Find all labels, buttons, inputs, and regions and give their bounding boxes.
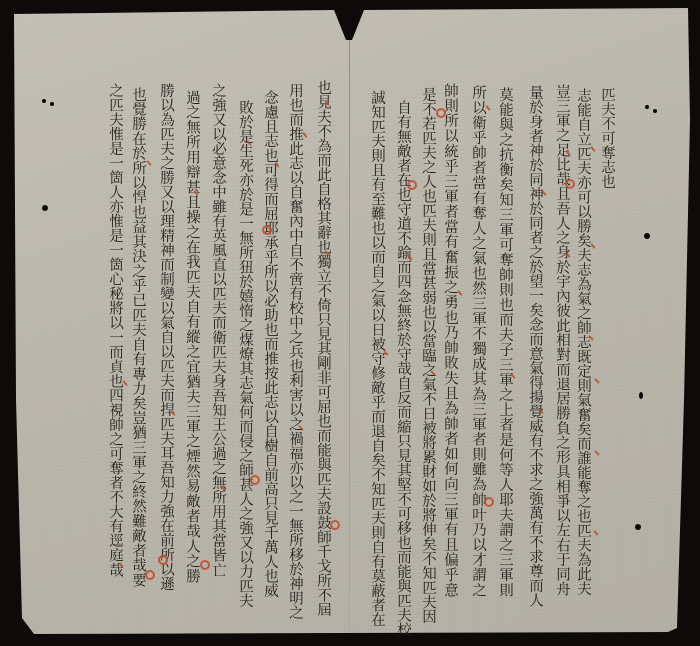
text-column: 量於身者神於同神於同者之於望一矣念而意氣得揚覺威有不求之強萬有不求尊而人 — [525, 85, 545, 573]
text-column: 所以衛乎帥者當有奪人之氣也然三軍不獨成其為三軍者則雖為帥叶乃以才謂之 — [468, 85, 488, 597]
text-column: 是不若匹夫之人也匹夫則且當甚弱也以當臨之氣不日被將累財如於將伸矣不知匹夫因 — [418, 87, 438, 597]
text-column: 志能自立匹夫亦可以勝矣夫志為氣之帥志既定則氣奮矣而誰能奪之也匹夫為此夫 — [573, 88, 593, 593]
red-circle-mark — [158, 555, 168, 565]
binding-hole — [42, 205, 48, 211]
title-column: 匹夫不可奪志也 — [597, 87, 617, 187]
red-circle-mark — [262, 225, 272, 235]
text-column: 勝以為匹夫之勝又以理精神而制變以氣自以匹夫而捍匹夫耳吾知力強在前所以遜 — [156, 83, 176, 587]
text-column: 帥則所以統乎三軍者當有奮振之勇也乃帥敗失且為帥者如何向三軍有且偏乎意 — [440, 83, 460, 597]
red-circle-mark — [145, 570, 155, 580]
red-circle-mark — [250, 475, 260, 485]
text-column: 之強又以必意念中雖有英風直以匹夫而衛匹夫身吾知王公過之無所用其當皆亡 — [208, 83, 228, 577]
text-column: 自有無敵者在也守道不踰而四念無終於守哉自反而縮只見其堅不可移也而能與匹夫校 — [393, 100, 413, 593]
red-circle-mark — [330, 520, 340, 530]
text-column: 誠知匹夫則且有至難也以而自之氣以日被守修敵乎而退自矣不知匹夫則自有莫蔽者在 — [367, 90, 387, 597]
red-circle-mark — [565, 179, 575, 189]
binding-hole — [635, 524, 641, 530]
binding-hole — [653, 109, 657, 113]
binding-hole — [645, 105, 649, 109]
text-column: 之匹夫惟是一箇人亦惟是一箇心秘將以一而貞也四視帥之可奪者不大有逕庭哉 — [105, 83, 125, 577]
text-column: 豈三軍之足比哉且吾人之身於宇內彼此相對而退居勝負之形具相爭以左右于同舟 — [552, 84, 572, 596]
text-column: 莫能與之抗衡矣知三軍可奪帥則也而夫子三軍之上者是何等人耶夫謂之三軍則 — [495, 87, 515, 597]
red-circle-mark — [484, 497, 494, 507]
text-column: 敗於是生死亦於是一無所狃於嬉惰之煤燎其志氣何而侵之師甚人之強又以力匹夫 — [235, 100, 255, 587]
text-column: 過之無所用辯甚且操之在我匹夫自有縱之宜猶夫三軍之煙然易敵者哉人之勝 — [182, 90, 202, 583]
red-circle-mark — [407, 180, 417, 190]
center-fold-crease — [349, 40, 350, 630]
text-column: 用也而推此志以自奮內中自不啻有校中之兵也利害以之禍福亦以之一無所移於神明之 — [285, 83, 305, 597]
red-circle-mark — [200, 560, 210, 570]
text-column: 也覺勝在於所以悍也益其決之乎已匹夫自有專力矣豈猶三軍之終然難敵者哉要 — [128, 87, 148, 587]
binding-hole — [639, 392, 643, 399]
red-circle-mark — [436, 108, 446, 118]
binding-hole — [644, 233, 650, 239]
text-column: 也見夫不為而此自格其辭也獨立不倚只見其剛非可屈也而能與匹夫設鼓師千戈所不屆 — [313, 80, 333, 597]
binding-hole — [50, 102, 54, 106]
binding-hole — [42, 99, 46, 103]
